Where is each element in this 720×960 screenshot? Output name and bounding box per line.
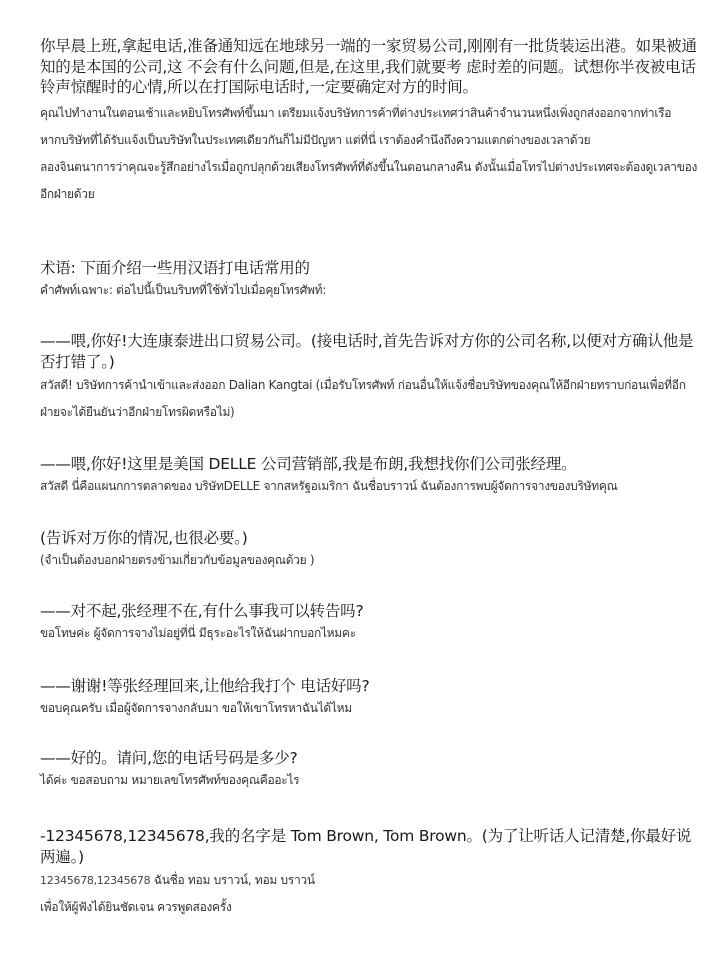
dialogue-thai: สวัสดี นี่คือแผนกการตลาดของ บริษัทDELLE … xyxy=(40,475,700,497)
dialogue-chinese: ——对不起,张经理不在,有什么事我可以转告吗? xyxy=(40,601,700,622)
dialogue-chinese: -12345678,12345678,我的名字是 Tom Brown, Tom … xyxy=(40,826,700,867)
dialogue-chinese: ——好的。请问,您的电话号码是多少? xyxy=(40,748,700,769)
terms-heading-thai: คำศัพท์เฉพาะ: ต่อไปนี้เป็นบริบทที่ใช้ทั่… xyxy=(40,279,700,301)
intro-section: 你早晨上班,拿起电话,准备通知远在地球另一端的一家贸易公司,刚刚有一批货装运出港… xyxy=(40,36,700,208)
terms-heading-chinese: 术语: 下面介绍一些用汉语打电话常用的 xyxy=(40,258,700,279)
dialogue-thai: (จำเป็นต้องบอกฝ่ายตรงข้ามเกี่ยวกับข้อมูล… xyxy=(40,549,700,571)
intro-thai-paragraph-3: ลองจินตนาการว่าคุณจะรู้สึกอย่างไรเมื่อถู… xyxy=(40,154,700,208)
dialogue-line-6: ——好的。请问,您的电话号码是多少? ได้ค่ะ ขอสอบถาม หมายเ… xyxy=(40,748,700,791)
intro-thai-paragraph-2: หากบริษัทที่ได้รับแจ้งเป็นบริษัทในประเทศ… xyxy=(40,127,700,154)
dialogue-thai: สวัสดี! บริษัทการค้านำเข้าและส่งออก Dali… xyxy=(40,372,700,426)
dialogue-chinese: ——喂,你好!这里是美国 DELLE 公司营销部,我是布朗,我想找你们公司张经理… xyxy=(40,454,700,475)
dialogue-line-7: -12345678,12345678,我的名字是 Tom Brown, Tom … xyxy=(40,826,700,921)
dialogue-thai: ขอบคุณครับ เมื่อผู้จัดการจางกลับมา ขอให้… xyxy=(40,697,700,719)
dialogue-line-4: ——对不起,张经理不在,有什么事我可以转告吗? ขอโทษค่ะ ผู้จัดก… xyxy=(40,601,700,644)
dialogue-thai-name: ฉันชื่อ ทอม บราวน์, ทอม บราวน์ xyxy=(150,873,314,887)
dialogue-thai: ขอโทษค่ะ ผู้จัดการจางไม่อยู่ที่นี่ มีธุร… xyxy=(40,622,700,644)
dialogue-thai: ได้ค่ะ ขอสอบถาม หมายเลขโทรศัพท์ของคุณคือ… xyxy=(40,769,700,791)
intro-chinese-paragraph: 你早晨上班,拿起电话,准备通知远在地球另一端的一家贸易公司,刚刚有一批货装运出港… xyxy=(40,36,700,98)
dialogue-line-2: ——喂,你好!这里是美国 DELLE 公司营销部,我是布朗,我想找你们公司张经理… xyxy=(40,454,700,497)
dialogue-thai-note: เพื่อให้ผู้ฟังได้ยินชัดเจน ควรพูดสองครั้… xyxy=(40,894,700,921)
dialogue-line-3: (告诉对万你的情况,也很必要。) (จำเป็นต้องบอกฝ่ายตรงข้… xyxy=(40,528,700,571)
dialogue-chinese: ——谢谢!等张经理回来,让他给我打个 电话好吗? xyxy=(40,676,700,697)
dialogue-line-5: ——谢谢!等张经理回来,让他给我打个 电话好吗? ขอบคุณครับ เมื่… xyxy=(40,676,700,719)
dialogue-chinese: ——喂,你好!大连康泰进出口贸易公司。(接电话时,首先告诉对方你的公司名称,以便… xyxy=(40,331,700,372)
intro-thai-paragraph-1: คุณไปทำงานในตอนเช้าและหยิบโทรศัพท์ขึ้นมา… xyxy=(40,100,700,127)
terms-section: 术语: 下面介绍一些用汉语打电话常用的 คำศัพท์เฉพาะ: ต่อไปน… xyxy=(40,258,700,301)
phone-numbers: 12345678,12345678 xyxy=(40,874,150,887)
dialogue-chinese: (告诉对万你的情况,也很必要。) xyxy=(40,528,700,549)
dialogue-thai: 12345678,12345678 ฉันชื่อ ทอม บราวน์, ทอ… xyxy=(40,867,700,894)
dialogue-line-1: ——喂,你好!大连康泰进出口贸易公司。(接电话时,首先告诉对方你的公司名称,以便… xyxy=(40,331,700,426)
